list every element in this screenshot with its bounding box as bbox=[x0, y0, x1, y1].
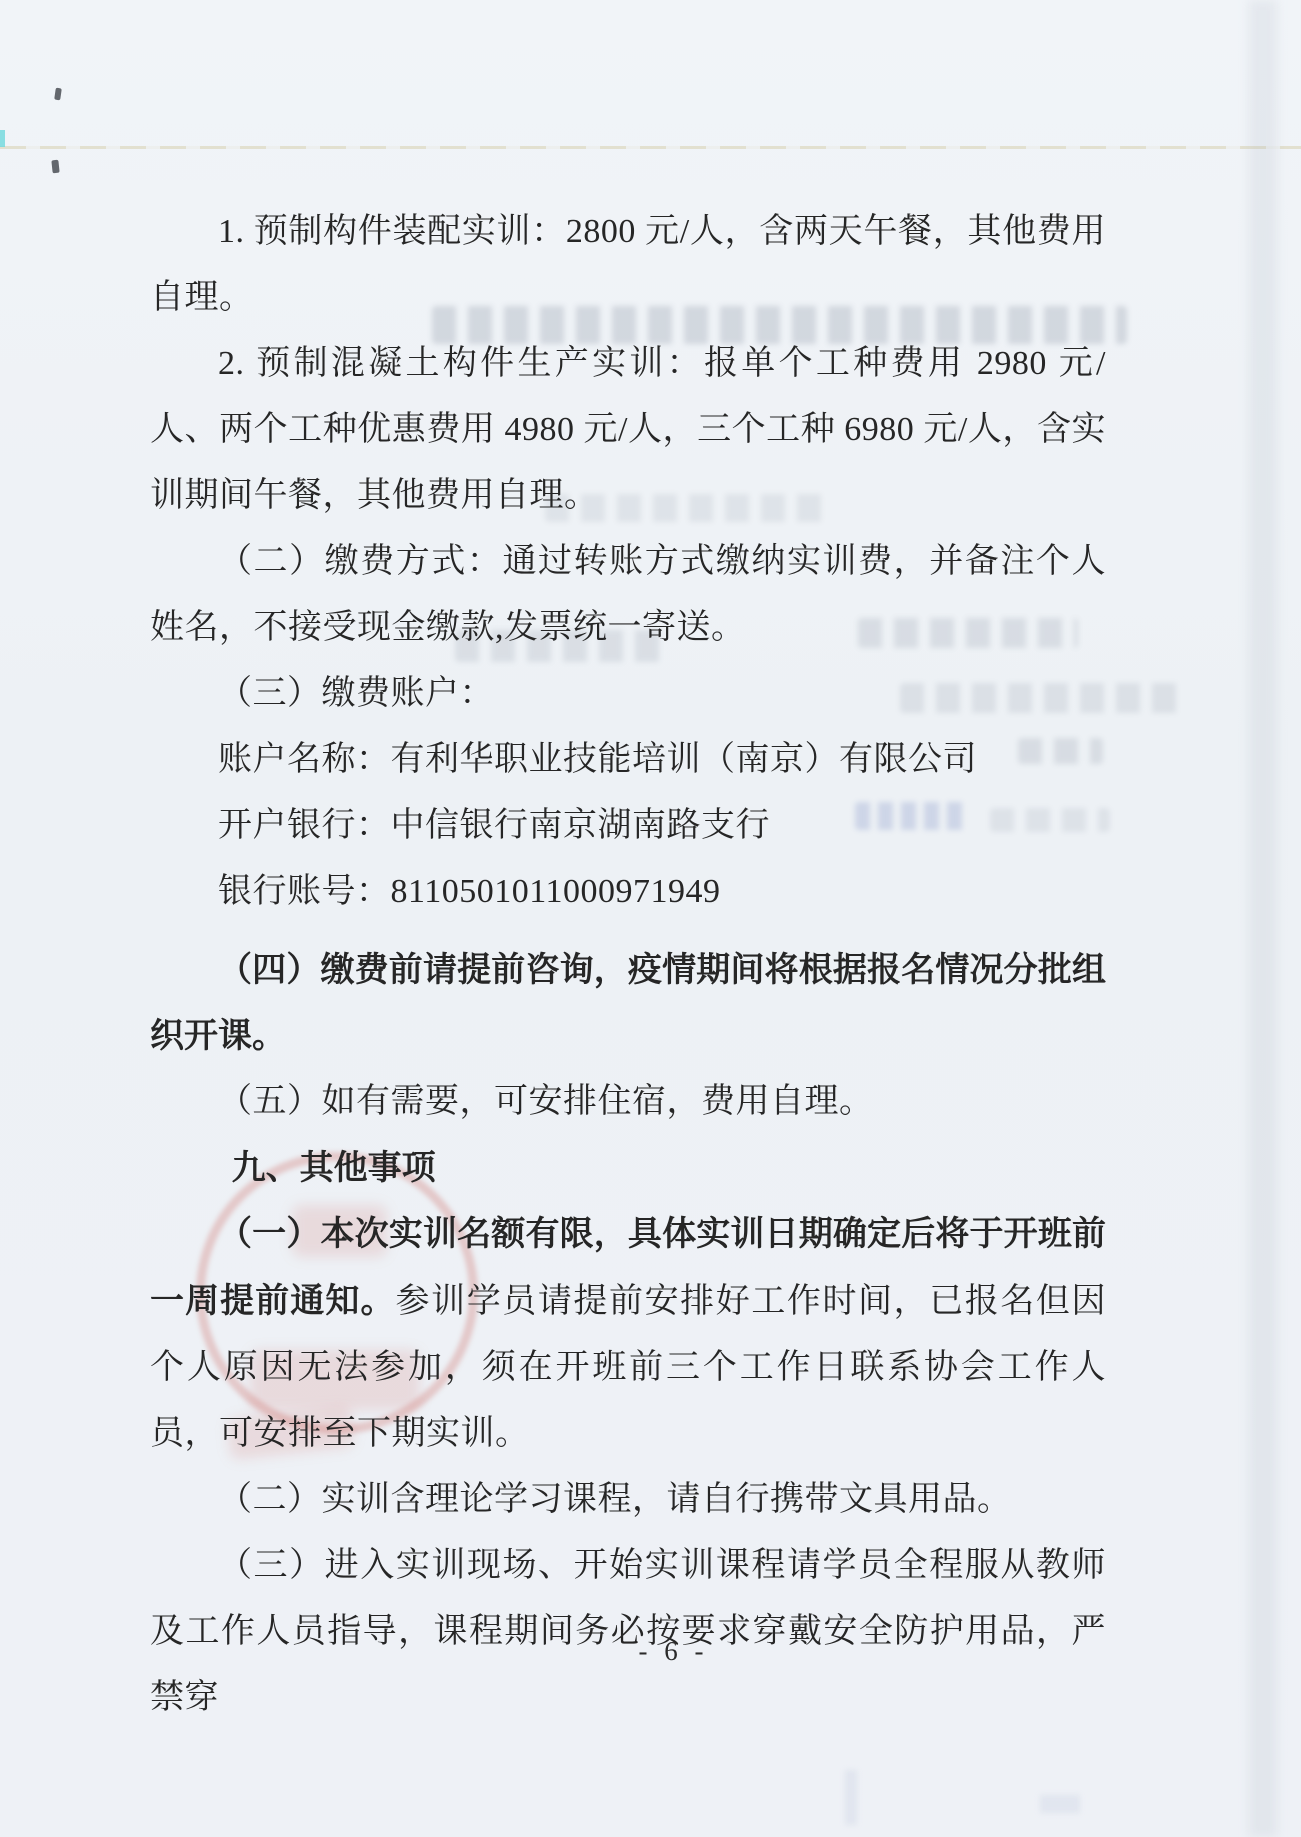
fee-item-2: 2. 预制混凝土构件生产实训：报单个工种费用 2980 元/人、两个工种优惠费用… bbox=[150, 331, 1106, 529]
account-name-line: 账户名称：有利华职业技能培训（南京）有限公司 bbox=[150, 727, 1106, 793]
scanned-document-page: 1. 预制构件装配实训：2800 元/人，含两天午餐，其他费用自理。 2. 预制… bbox=[0, 0, 1301, 1837]
section-nine-heading: 九、其他事项 bbox=[150, 1135, 1106, 1201]
scan-crease-line bbox=[0, 146, 1301, 149]
fee-item-1: 1. 预制构件装配实训：2800 元/人，含两天午餐，其他费用自理。 bbox=[150, 199, 1106, 331]
scan-speck bbox=[51, 160, 59, 174]
other-item-1: （一）本次实训名额有限，具体实训日期确定后将于开班前一周提前通知。参训学员请提前… bbox=[150, 1201, 1106, 1467]
scan-edge-mark bbox=[0, 130, 5, 147]
bank-account-number-line: 银行账号：8110501011000971949 bbox=[150, 859, 1106, 925]
other-item-2: （二）实训含理论学习课程，请自行携带文具用品。 bbox=[150, 1467, 1106, 1533]
document-body: 1. 预制构件装配实训：2800 元/人，含两天午餐，其他费用自理。 2. 预制… bbox=[150, 199, 1106, 1731]
notice-accommodation: （五）如有需要，可安排住宿，费用自理。 bbox=[150, 1069, 1106, 1135]
payment-method: （二）缴费方式：通过转账方式缴纳实训费，并备注个人姓名，不接受现金缴款,发票统一… bbox=[150, 529, 1106, 661]
scan-speck bbox=[54, 88, 62, 101]
scan-streak bbox=[1040, 1795, 1080, 1813]
page-number: - 6 - bbox=[0, 1636, 1301, 1667]
scan-edge-shadow bbox=[1249, 0, 1277, 1837]
other-item-3: （三）进入实训现场、开始实训课程请学员全程服从教师及工作人员指导，课程期间务必按… bbox=[150, 1533, 1106, 1731]
notice-prepay: （四）缴费前请提前咨询，疫情期间将根据报名情况分批组织开课。 bbox=[150, 937, 1106, 1069]
scan-streak bbox=[845, 1770, 857, 1825]
payment-account-heading: （三）缴费账户： bbox=[150, 661, 1106, 727]
bank-branch-line: 开户银行：中信银行南京湖南路支行 bbox=[150, 793, 1106, 859]
